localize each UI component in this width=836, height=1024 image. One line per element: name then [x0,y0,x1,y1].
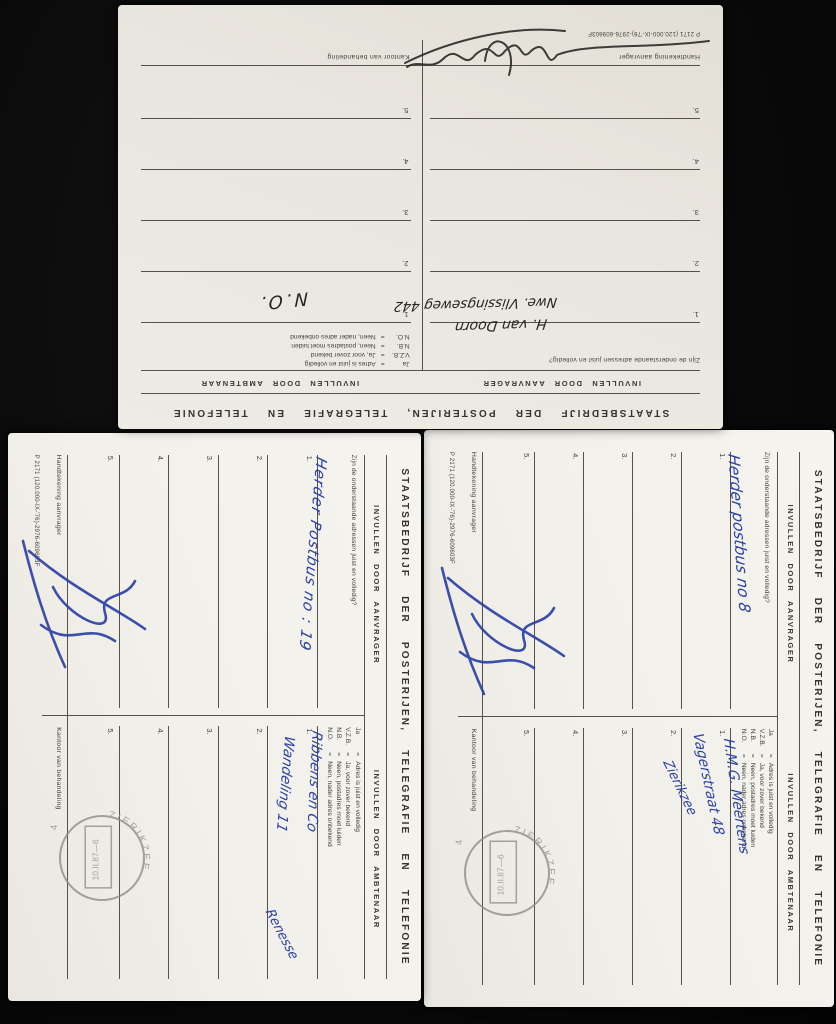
row-number: 5. [522,730,531,736]
legend-row: Ja=Adres is juist en volledig [290,359,409,368]
row-line [218,726,219,979]
row-line [632,452,633,709]
handwritten-official-note: N.O. [258,287,308,313]
row-line [141,169,411,170]
postmark-town: ZIERIKZEE [513,824,556,887]
photo-background: STAATSBEDRIJF DER POSTERIJEN, TELEGRAFIE… [0,0,836,1024]
row-number: 1. [693,310,699,319]
row-number: 4. [571,730,580,736]
header-rule-bottom [364,455,365,980]
row-number: 5. [106,456,115,462]
office-label: Kantoor van behandeling [327,53,409,60]
row-number: 2. [255,456,264,462]
legend-eq: = [739,754,748,763]
postmark-town: ZIERIKZEE [108,809,151,872]
legend-eq: = [376,341,385,350]
postmark-date: 10.II.87—6 [90,839,100,880]
legend-eq: = [352,752,361,761]
handwritten-address: Nwe. Vlissingseweg 442 [393,294,558,314]
row-line [430,220,700,221]
row-number: 4. [156,728,165,734]
legend-abbr: N.B. [748,729,757,754]
row-line [267,726,268,979]
row-line [583,728,584,985]
column-header-applicant: INVULLEN DOOR AANVRAGER [423,379,700,388]
question-text: Zijn de onderstaande adressen juist en v… [763,452,770,603]
row-line [681,728,682,985]
legend-row: V.Z.B.=Ja, voor zover bekend [757,729,766,848]
form-title: STAATSBEDRIJF DER POSTERIJEN, TELEGRAFIE… [812,430,823,1007]
legend-abbr: Ja [352,727,361,752]
row-number: 3. [402,208,408,217]
legend-abbr: N.B. [334,727,343,752]
legend-desc: Ja, voor zover bekend [758,763,765,828]
row-number: 3. [206,728,215,734]
signature-scribble [400,15,715,85]
column-header-official: INVULLEN DOOR AMBTENAAR [786,721,795,985]
office-label: Kantoor van behandeling [470,729,477,811]
handwritten-official-town: Zierikzee [659,759,700,817]
legend-abbr: Ja [766,729,775,754]
signature-scribble [430,552,570,702]
legend-row: N.O.=Neen, nader adres onbekend [290,332,409,341]
row-number: 2. [693,259,699,268]
legend-desc: Adres is juist en volledig [305,360,376,367]
row-number: 2. [669,730,678,736]
legend-eq: = [757,754,766,763]
row-line [168,726,169,979]
row-line [632,728,633,985]
row-line [430,271,700,272]
postmark-date: 10.II.87—6 [495,854,505,895]
postal-form-card-bottom-right: STAATSBEDRIJF DER POSTERIJEN, TELEGRAFIE… [424,430,834,1007]
row-number: 3. [206,456,215,462]
row-line [267,455,268,708]
legend-desc: Ja, voor zover bekend [311,351,376,358]
column-header-applicant: INVULLEN DOOR AANVRAGER [786,452,795,716]
row-number: 4. [693,157,699,166]
legend-row: N.B.=Neen, postadres moet luiden [334,727,343,846]
row-number: 1. [718,730,727,736]
office-label: Kantoor van behandeling [55,727,62,809]
row-number: 3. [620,453,629,459]
legend-desc: Ja, voor zover bekend [344,761,351,826]
row-number: 3. [693,208,699,217]
legend-desc: Neen, nader adres onbekend [290,333,375,340]
row-number: 4. [156,456,165,462]
header-rule-bottom [141,370,700,371]
legend-desc: Neen, postadres moet luiden [291,342,375,349]
row-number: 2. [669,453,678,459]
legend-eq: = [325,752,334,761]
postal-form-card-bottom-left: STAATSBEDRIJF DER POSTERIJEN, TELEGRAFIE… [8,433,421,1001]
row-line [141,271,411,272]
form-paper: STAATSBEDRIJF DER POSTERIJEN, TELEGRAFIE… [118,5,723,429]
handwritten-entry-applicant: Herder Postbus no : 19 [296,455,331,654]
legend-eq: = [766,754,775,763]
postmark-stamp: ZIERIKZEE 10.II.87—6 4 [451,817,563,929]
legend-eq: = [376,359,385,368]
signature-label: Handtekening aanvrager [470,452,477,533]
row-line [430,118,700,119]
form-title: STAATSBEDRIJF DER POSTERIJEN, TELEGRAFIE… [399,433,410,1001]
row-number: 4. [571,453,580,459]
legend-eq: = [334,752,343,761]
row-number: 5. [106,728,115,734]
column-header-official: INVULLEN DOOR AMBTENAAR [141,379,418,388]
legend-abbr: N.O. [385,332,410,341]
legend-row: N.O.=Neen, nader adres onbekend [325,727,334,846]
legend-desc: Neen, postadres moet luiden [335,761,342,845]
legend-eq: = [376,332,385,341]
legend-abbr: V.Z.B. [343,727,352,752]
svg-text:ZIERIKZEE: ZIERIKZEE [108,809,151,872]
row-number: 5. [522,453,531,459]
handwritten-name: H. van Doorn [454,315,548,334]
legend: Ja=Adres is juist en volledig V.Z.B.=Ja,… [290,332,409,368]
row-line [141,322,411,323]
row-line [583,452,584,709]
form-number: P 2171 (120.000-IX-'76)-2976-609603F [448,452,454,564]
svg-text:ZIERIKZEE: ZIERIKZEE [513,824,556,887]
row-line [168,455,169,708]
legend-row: V.Z.B.=Ja, voor zover bekend [290,350,409,359]
postal-form-card-top: STAATSBEDRIJF DER POSTERIJEN, TELEGRAFIE… [118,5,723,429]
handwritten-official-street: Wandeling 11 [273,734,297,834]
legend-abbr: V.Z.B. [385,350,410,359]
row-line [218,455,219,708]
legend-abbr: N.B. [385,341,410,350]
row-number: 5. [693,106,699,115]
postmark-index: 4 [49,825,59,830]
legend-row: Ja=Adres is juist en volledig [766,729,775,848]
legend-row: N.B.=Neen, postadres moet luiden [290,341,409,350]
header-rule-top [386,455,387,980]
signature-label: Handtekening aanvrager [55,455,62,536]
legend-abbr: N.O. [739,729,748,754]
legend-abbr: Ja [385,359,410,368]
legend-desc: Neen, nader adres onbekend [326,761,333,846]
handwritten-entry-applicant: Herder postbus no 8 [724,453,753,613]
center-divider [422,40,423,372]
legend-desc: Adres is juist en volledig [767,763,774,834]
row-line [681,452,682,709]
legend-desc: Adres is juist en volledig [354,761,361,832]
postmark-index: 4 [454,840,464,845]
legend-eq: = [343,752,352,761]
row-number: 4. [402,157,408,166]
column-header-official: INVULLEN DOOR AMBTENAAR [372,719,381,979]
header-rule-top [799,452,800,985]
legend-row: V.Z.B.=Ja, voor zover bekend [343,727,352,846]
row-number: 2. [402,259,408,268]
row-line [430,169,700,170]
row-number: 3. [620,730,629,736]
handwritten-official-name: Ribbens en Co [303,729,324,834]
column-header-applicant: INVULLEN DOOR AANVRAGER [372,455,381,715]
form-title: STAATSBEDRIJF DER POSTERIJEN, TELEGRAFIE… [118,407,723,418]
legend-eq: = [748,754,757,763]
legend-row: N.B.=Neen, postadres moet luiden [748,729,757,848]
legend-desc: Neen, postadres moet luiden [749,763,756,847]
row-line [141,220,411,221]
question-text: Zijn de onderstaande adressen juist en v… [549,356,700,363]
header-rule-bottom [777,452,778,985]
legend: Ja=Adres is juist en volledig V.Z.B.=Ja,… [325,727,361,846]
center-divider [42,715,365,716]
question-text: Zijn de onderstaande adressen juist en v… [350,455,357,606]
row-number: 5. [402,106,408,115]
legend-eq: = [376,350,385,359]
legend-row: Ja=Adres is juist en volledig [352,727,361,846]
signature-scribble [11,525,151,675]
center-divider [458,716,779,717]
form-paper: STAATSBEDRIJF DER POSTERIJEN, TELEGRAFIE… [424,430,834,1007]
row-line [141,118,411,119]
row-number: 2. [255,728,264,734]
legend-abbr: V.Z.B. [757,729,766,754]
postmark-stamp: ZIERIKZEE 10.II.87—6 4 [46,802,158,914]
legend-abbr: N.O. [325,727,334,752]
header-rule-top [141,393,700,394]
form-paper: STAATSBEDRIJF DER POSTERIJEN, TELEGRAFIE… [8,433,421,1001]
